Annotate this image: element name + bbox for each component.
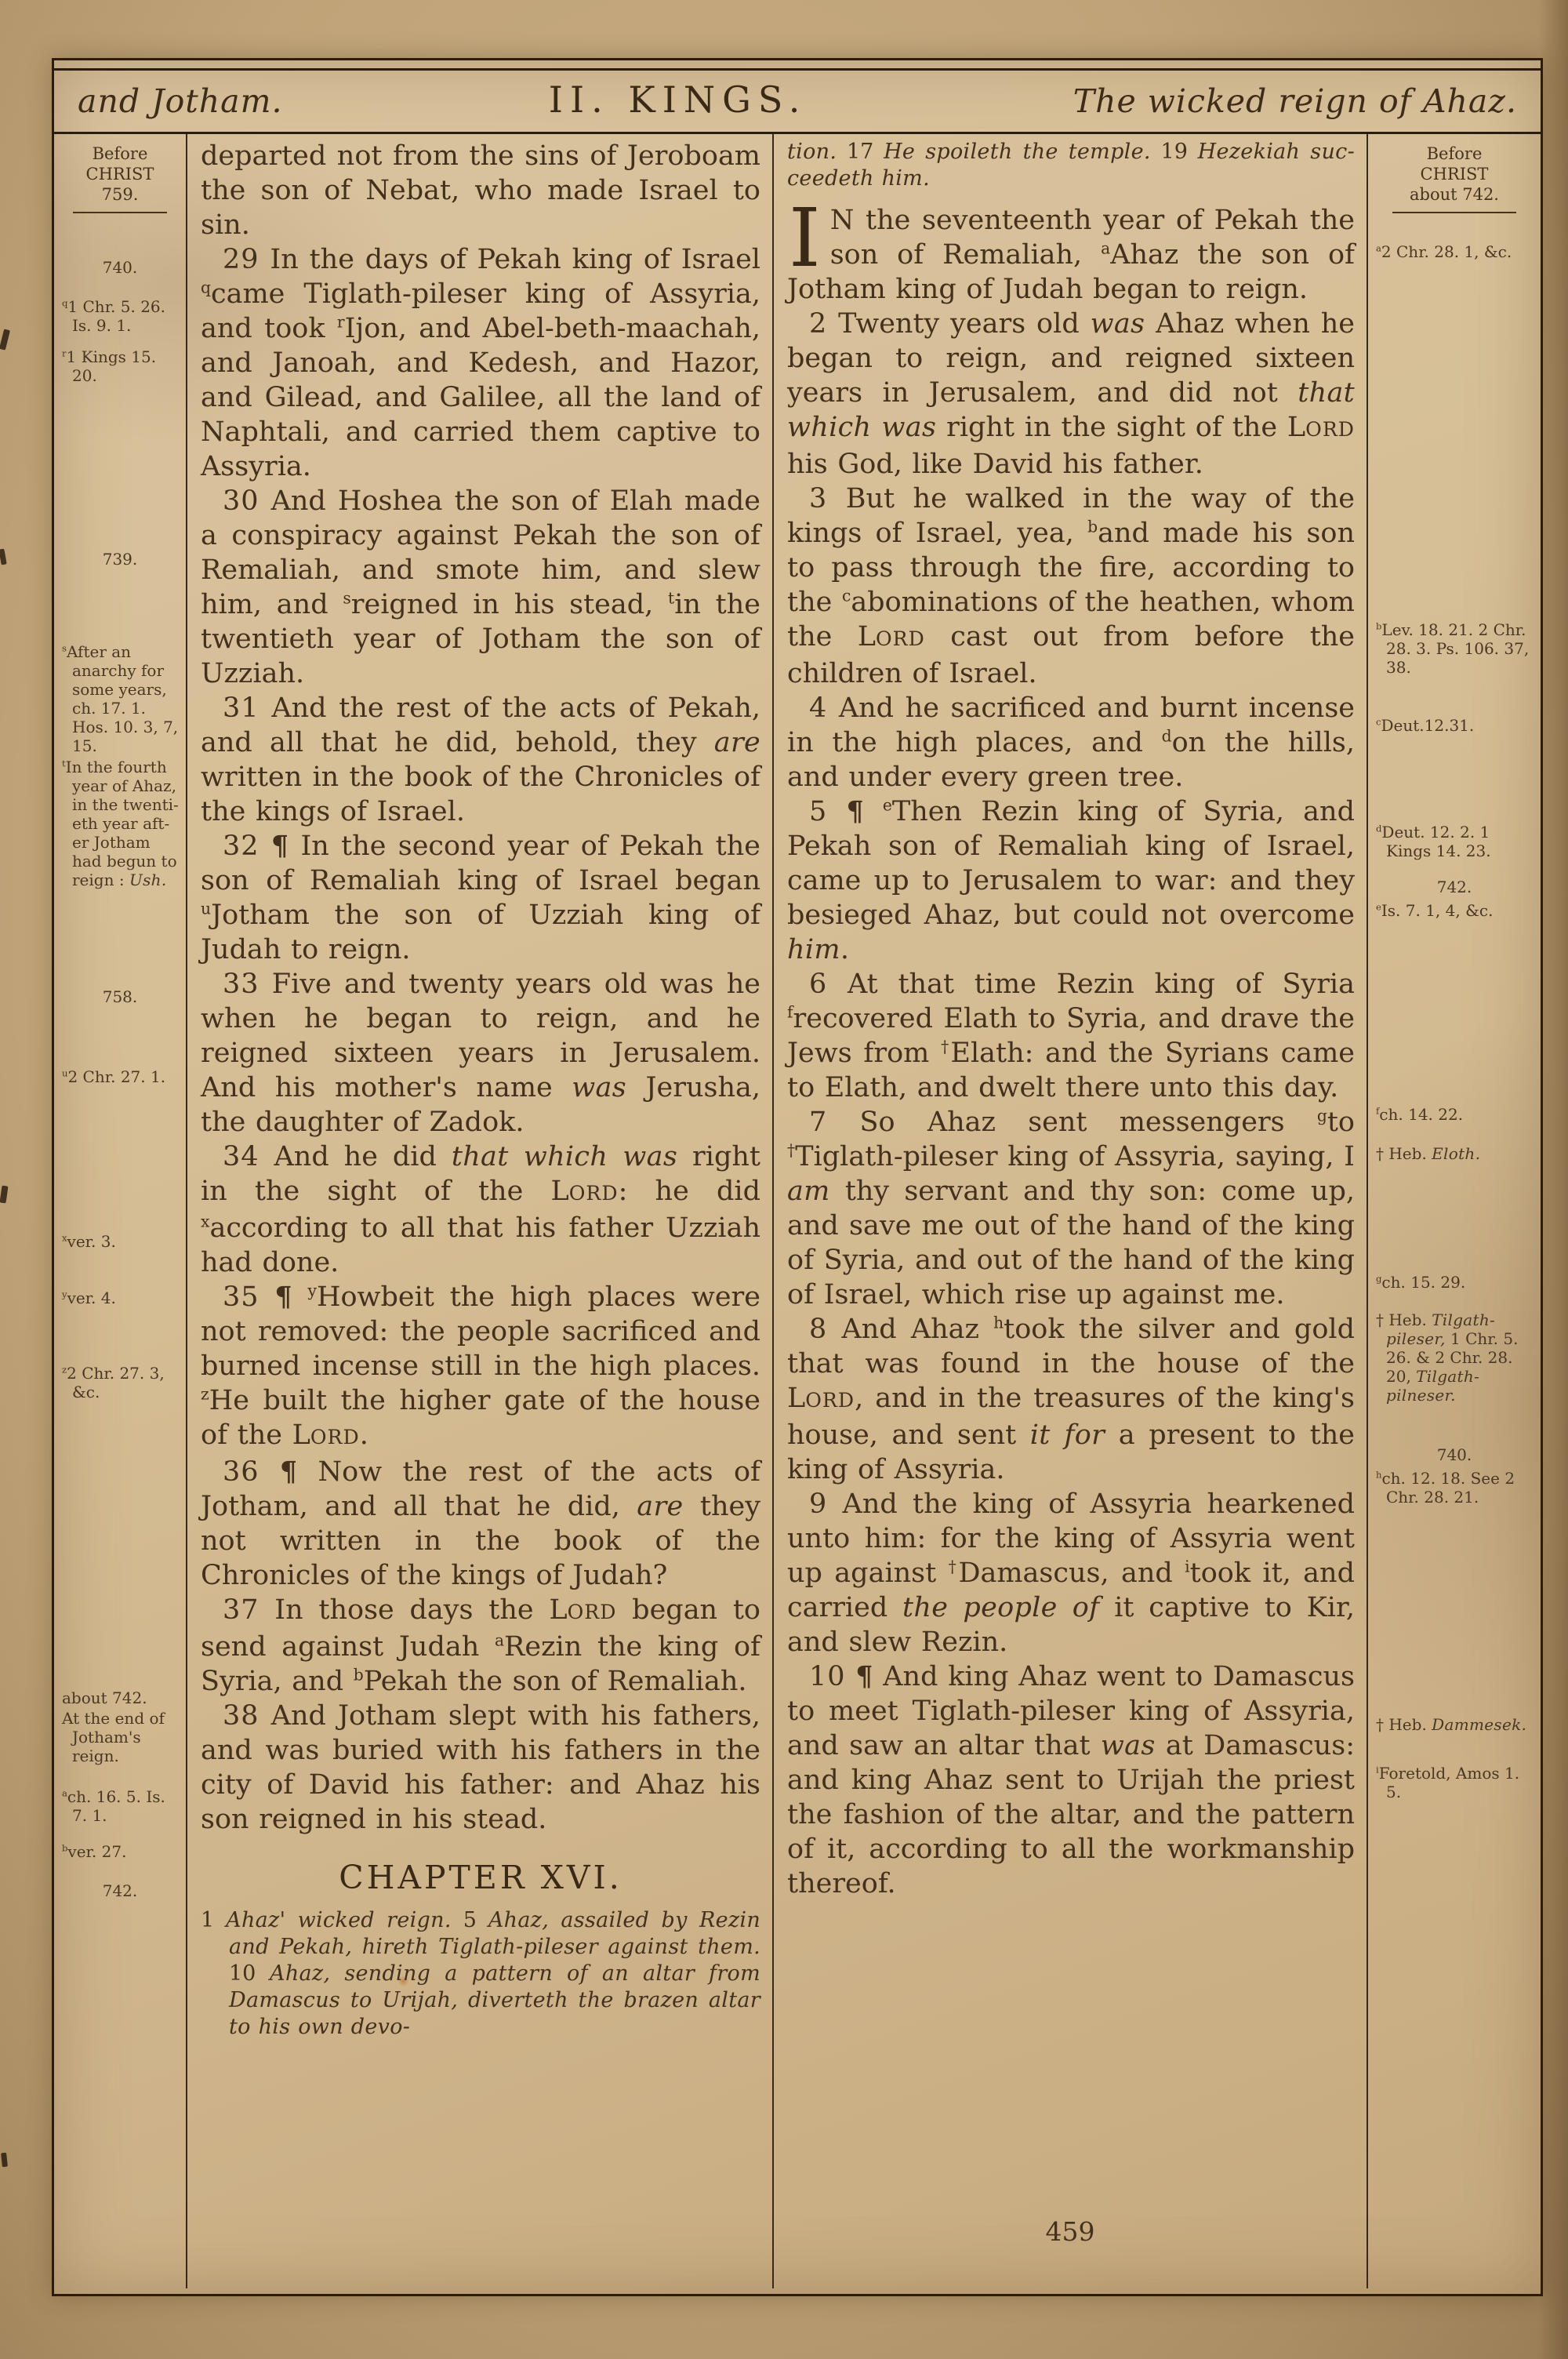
margin-reference: ach. 16. 5. Is. 7. 1. (62, 1787, 182, 1825)
margin-reference: yver. 4. (62, 1289, 182, 1307)
verse-29: 29 In the days of Pekah king of Israel q… (201, 242, 760, 484)
verse-number: 7 (809, 1107, 827, 1138)
margin-reference: dDeut. 12. 2. 1 Kings 14. 23. (1376, 823, 1537, 860)
printed-page: and Jotham. II. KINGS. The wicked reign … (52, 58, 1543, 2296)
running-header-left: and Jotham. (78, 82, 282, 120)
margin-reference: u2 Chr. 27. 1. (62, 1067, 182, 1086)
margin-date: 742. (1371, 878, 1537, 896)
margin-reference: cDeut.12.31. (1376, 716, 1537, 735)
margin-reference: about 742. (62, 1688, 182, 1707)
before-christ-header-right: BeforeCHRISTabout 742. (1368, 144, 1541, 205)
verse-37: 37 In those days the LORD began to send … (201, 1593, 760, 1699)
pilcrow-mark: ¶ (846, 795, 863, 827)
verse-number: 33 (223, 969, 260, 1000)
verse-32: 32 ¶ In the second year of Pekah the son… (201, 829, 760, 967)
text-column-1: departed not from the sins of Jeroboam t… (187, 134, 774, 2288)
left-margin-notes: BeforeCHRIST759. 740.q1 Chr. 5. 26. Is. … (54, 134, 187, 2288)
margin-date: 739. (57, 550, 183, 569)
photo-artifact (0, 1186, 8, 1204)
chapter-summary-continuation: tion. 17 He spoileth the temple. 19 Heze… (787, 139, 1355, 192)
verse-31: 31 And the rest of the acts of Pekah, an… (201, 691, 760, 829)
margin-reference: bLev. 18. 21. 2 Chr. 28. 3. Ps. 106. 37,… (1376, 620, 1537, 677)
verse-number: 38 (223, 1700, 260, 1732)
before-christ-header-left: BeforeCHRIST759. (54, 144, 186, 205)
verse-6: 6 At that time Rezin king of Syria freco… (787, 967, 1355, 1105)
verse-number: 2 (809, 308, 827, 340)
margin-rule (1392, 212, 1516, 213)
margin-reference: † Heb. Dammesek. (1376, 1715, 1537, 1734)
verse-33: 33 Five and twenty years old was he when… (201, 967, 760, 1140)
verse-3: 3 But he walked in the way of the kings … (787, 482, 1355, 691)
verse-number: 10 (809, 1661, 846, 1692)
verse-number: 30 (223, 485, 260, 517)
margin-reference: r1 Kings 15. 20. (62, 347, 182, 385)
margin-date: 742. (57, 1881, 183, 1900)
verse-10: 10 ¶ And king Ahaz went to Damascus to m… (787, 1659, 1355, 1901)
verse-5: 5 ¶ eThen Rezin king of Syria, and Pekah… (787, 794, 1355, 967)
verse-number: 6 (809, 969, 827, 1000)
margin-reference: a2 Chr. 28. 1, &c. (1376, 242, 1537, 261)
page-body: BeforeCHRIST759. 740.q1 Chr. 5. 26. Is. … (54, 134, 1541, 2288)
running-header: and Jotham. II. KINGS. The wicked reign … (54, 71, 1541, 134)
photo-artifact (1, 2153, 8, 2168)
photo-artifact (0, 549, 7, 565)
verse-4: 4 And he sacrificed and burnt incense in… (787, 691, 1355, 794)
photo-artifact (0, 329, 10, 350)
page-number: 459 (774, 2215, 1367, 2249)
margin-reference: † Heb. Eloth. (1376, 1144, 1537, 1163)
text-column-2: 459 tion. 17 He spoileth the temple. 19 … (774, 134, 1367, 2288)
margin-reference: q1 Chr. 5. 26. Is. 9. 1. (62, 297, 182, 335)
verse-36: 36 ¶ Now the rest of the acts of Jotham,… (201, 1455, 760, 1593)
margin-reference: † Heb. Tilgath-pileser, 1 Chr. 5. 26. & … (1376, 1310, 1537, 1405)
chapter-summary: 1 Ahaz' wicked reign. 5 Ahaz, assailed b… (201, 1907, 760, 2041)
pilcrow-mark: ¶ (855, 1660, 873, 1692)
verse-number: 8 (809, 1314, 827, 1345)
margin-reference: fch. 14. 22. (1376, 1105, 1537, 1124)
verse-1-dropcap: IN the seventeenth year of Pekah the son… (787, 203, 1355, 307)
right-margin-notes: BeforeCHRISTabout 742. a2 Chr. 28. 1, &c… (1367, 134, 1541, 2288)
verse-34: 34 And he did that which was right in th… (201, 1140, 760, 1280)
margin-date: 740. (1371, 1445, 1537, 1464)
bible-page-photo: and Jotham. II. KINGS. The wicked reign … (0, 0, 1568, 2359)
book-title: II. KINGS. (549, 78, 808, 121)
margin-date: 740. (57, 258, 183, 277)
verse-number: 36 (223, 1456, 260, 1488)
margin-reference: tIn the fourth year of Ahaz, in the twen… (62, 758, 182, 889)
margin-rule (73, 212, 168, 213)
pilcrow-mark: ¶ (274, 1281, 292, 1313)
pilcrow-mark: ¶ (280, 1456, 297, 1488)
verse-number: 4 (809, 692, 827, 724)
margin-reference: gch. 15. 29. (1376, 1273, 1537, 1292)
pilcrow-mark: ¶ (271, 830, 289, 862)
margin-reference: iForetold, Amos 1. 5. (1376, 1764, 1537, 1801)
verse-38: 38 And Jotham slept with his fathers, an… (201, 1699, 760, 1837)
verse-35: 35 ¶ yHowbeit the high places were not r… (201, 1280, 760, 1455)
verse-30: 30 And Hoshea the son of Elah made a con… (201, 484, 760, 691)
verse-number: 5 (809, 796, 827, 827)
verse-number: 3 (809, 483, 827, 514)
verse-9: 9 And the king of Assyria hearkened unto… (787, 1487, 1355, 1659)
margin-reference: bver. 27. (62, 1842, 182, 1861)
verse-continuation: departed not from the sins of Jeroboam t… (201, 139, 760, 242)
verse-number: 31 (223, 692, 260, 724)
verse-number: 34 (223, 1141, 260, 1172)
margin-reference: z2 Chr. 27. 3, &c. (62, 1364, 182, 1401)
verse-number: 9 (809, 1488, 827, 1520)
verse-number: 29 (223, 244, 260, 275)
chapter-heading: CHAPTER XVI. (201, 1860, 760, 1895)
margin-reference: xver. 3. (62, 1232, 182, 1251)
margin-reference: hch. 12. 18. See 2 Chr. 28. 21. (1376, 1469, 1537, 1507)
verse-number: 37 (223, 1594, 260, 1626)
verse-number: 32 (223, 831, 260, 862)
verse-2: 2 Twenty years old was Ahaz when he bega… (787, 307, 1355, 482)
margin-reference: sAfter an anarchy for some years, ch. 17… (62, 642, 182, 755)
verse-number: 35 (223, 1281, 260, 1313)
drop-cap: I (787, 203, 830, 271)
verse-7: 7 So Ahaz sent messengers gto †Tiglath-p… (787, 1105, 1355, 1312)
running-header-right: The wicked reign of Ahaz. (1073, 82, 1517, 120)
margin-reference: eIs. 7. 1, 4, &c. (1376, 901, 1537, 920)
margin-date: 758. (57, 987, 183, 1006)
margin-reference: At the end of Jotham's reign. (62, 1709, 182, 1765)
verse-8: 8 And Ahaz htook the silver and gold tha… (787, 1312, 1355, 1487)
